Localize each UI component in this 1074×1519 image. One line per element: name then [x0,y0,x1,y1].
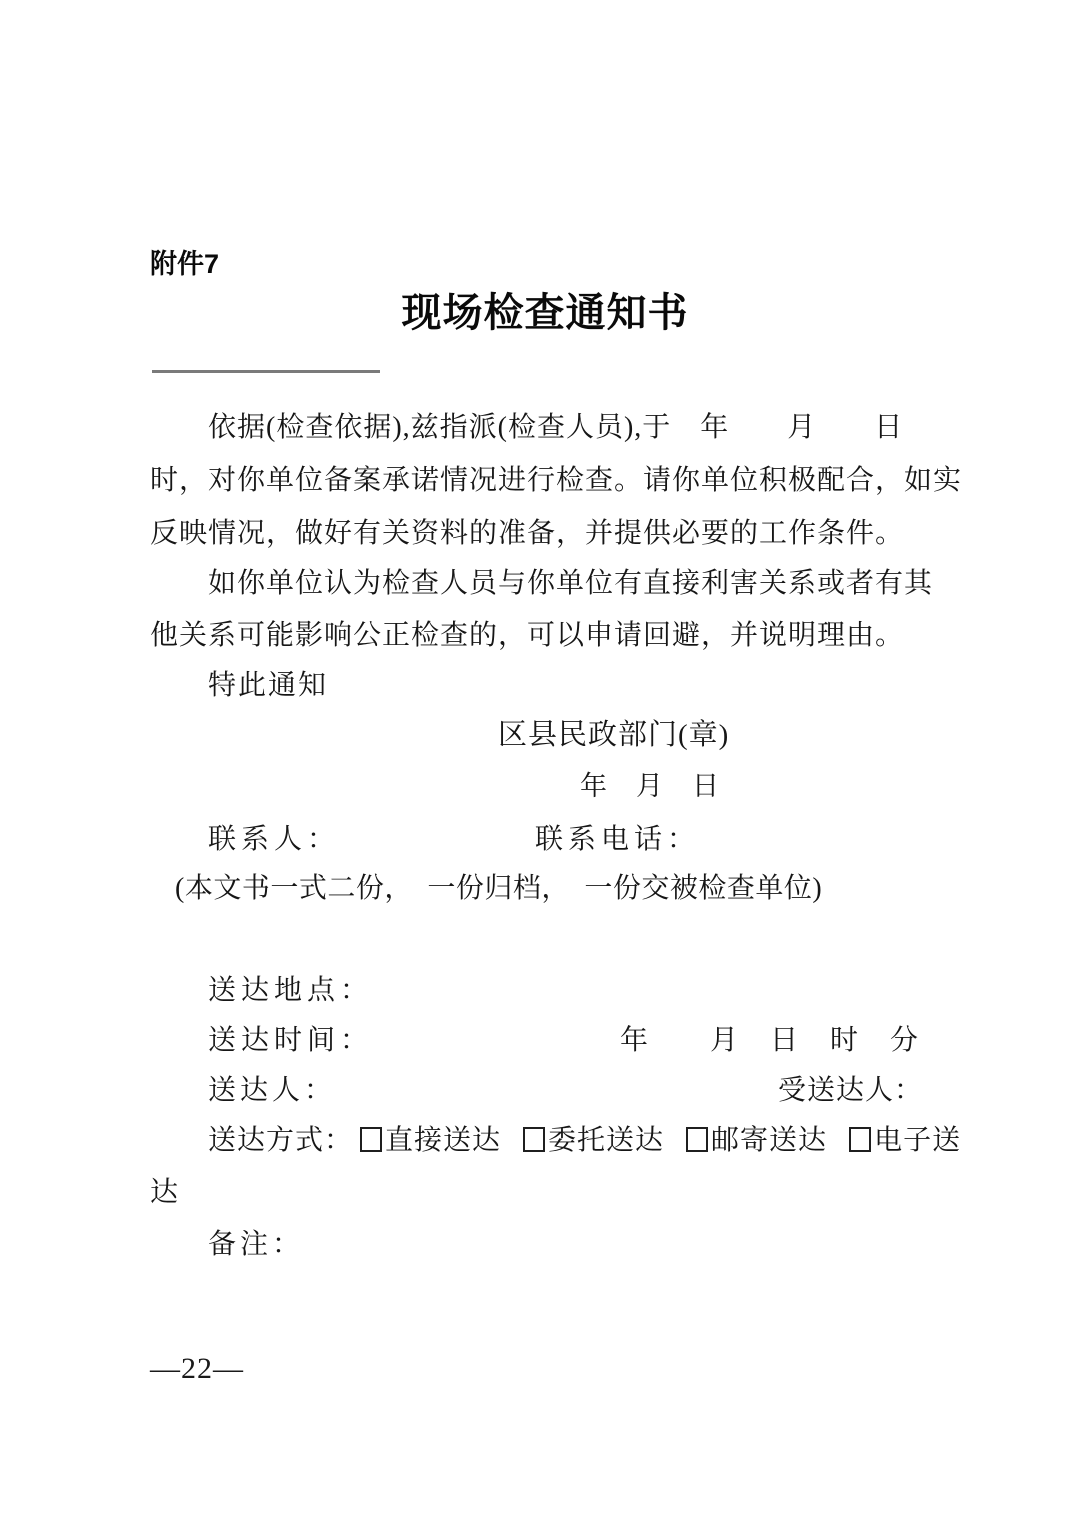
remark-label: 备注： [208,1222,304,1262]
electronic-delivery-checkbox[interactable] [849,1127,871,1152]
delivery-time-blank: 年 月 日 时 分 [620,1018,920,1058]
signature-authority: 区县民政部门(章) [498,712,729,753]
paragraph1-line1: 依据(检查依据),兹指派(检查人员),于 年 月 日 [208,405,903,445]
delivery-server-label: 送达人： [208,1068,336,1108]
copies-note: (本文书一式二份， 一份归档， 一份交被检查单位) [175,866,822,906]
delivery-option-electronic: 电子送 [849,1125,961,1156]
paragraph2-line2: 他关系可能影响公正检查的，可以申请回避，并说明理由。 [150,613,904,653]
paragraph1-line2: 时，对你单位备案承诺情况进行检查。请你单位积极配合，如实 [150,458,962,498]
delivery-option-electronic-wrap: 达 [150,1170,179,1210]
delivery-option-electronic-label: 电子送 [874,1125,961,1156]
page-number: —22— [150,1352,244,1386]
notice-close: 特此通知 [208,663,328,703]
delivery-method-label: 送达方式： [208,1125,353,1156]
underline-rule [152,370,380,373]
signature-date-blank: 年 月 日 [580,764,720,803]
paragraph1-line3: 反映情况，做好有关资料的准备，并提供必要的工作条件。 [150,511,904,551]
direct-delivery-checkbox[interactable] [360,1127,382,1152]
attachment-label: 附件7 [150,242,219,281]
document-page: 附件7 现场检查通知书 依据(检查依据),兹指派(检查人员),于 年 月 日 时… [0,0,1074,1519]
delivery-option-mail-label: 邮寄送达 [711,1125,827,1156]
delivery-method-row: 送达方式：直接送达委托送达邮寄送达电子送 [208,1118,961,1158]
delivery-option-direct-label: 直接送达 [385,1125,501,1156]
delivery-recipient-label: 受送达人： [778,1068,923,1108]
delivery-option-entrusted: 委托送达 [523,1125,664,1156]
delivery-option-direct: 直接送达 [360,1125,501,1156]
delivery-option-mail: 邮寄送达 [686,1125,827,1156]
paragraph2-line1: 如你单位认为检查人员与你单位有直接利害关系或者有其 [208,561,933,601]
delivery-time-label: 送达时间： [208,1018,373,1058]
contact-phone-label: 联系电话： [535,817,700,857]
entrusted-delivery-checkbox[interactable] [523,1127,545,1152]
delivery-option-entrusted-label: 委托送达 [548,1125,664,1156]
delivery-location-label: 送达地点： [208,968,373,1008]
contact-person-label: 联系人： [208,817,340,857]
page-title: 现场检查通知书 [150,281,940,338]
mail-delivery-checkbox[interactable] [686,1127,708,1152]
